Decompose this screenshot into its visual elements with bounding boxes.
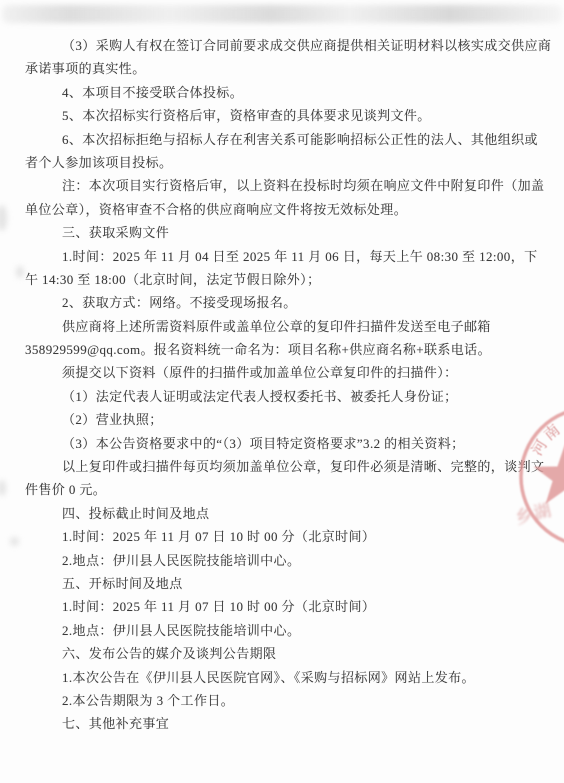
text-line: 注：本次项目实行资格后审，以上资料在投标时均须在响应文件中附复印件（加盖 [25, 174, 541, 197]
text-line: （3）采购人有权在签订合同前要求成交供应商提供相关证明材料以核实成交供应商 [25, 34, 541, 57]
text-line: 1.本次公告在《伊川县人民医院官网》、《采购与招标网》网站上发布。 [25, 666, 541, 689]
text-line: 2.地点：伊川县人民医院技能培训中心。 [25, 619, 541, 642]
text-line: 4、本项目不接受联合体投标。 [25, 81, 541, 104]
section-heading: 三、获取采购文件 [25, 221, 541, 244]
text-line: 须提交以下资料（原件的扫描件或加盖单位公章复印件的扫描件）： [25, 361, 541, 384]
text-line: 1.时间：2025 年 11 月 04 日至 2025 年 11 月 06 日，… [25, 245, 541, 268]
text-line: 者个人参加该项目投标。 [25, 151, 541, 174]
scan-artifact-left-smudge [10, 537, 19, 546]
text-line: 承诺事项的真实性。 [25, 57, 541, 80]
section-heading: 七、其他补充事宜 [25, 712, 541, 735]
text-line: 6、本次招标拒绝与招标人存在利害关系可能影响招标公正性的法人、其他组织或 [25, 128, 541, 151]
official-seal-stamp: 河南 乡湖 [505, 402, 564, 552]
scan-artifact-left-smudge [16, 266, 24, 278]
section-heading: 五、开标时间及地点 [25, 572, 541, 595]
text-line: （1）法定代表人证明或法定代表人授权委托书、被委托人身份证； [25, 385, 541, 408]
text-line: 2.本公告期限为 3 个工作日。 [25, 689, 541, 712]
text-line: 以上复印件或扫描件每页均须加盖单位公章，复印件必须是清晰、完整的，谈判文 [25, 455, 541, 478]
text-line: 供应商将上述所需资料原件或盖单位公章的复印件扫描件发送至电子邮箱 [25, 315, 541, 338]
text-line: 2、获取方式：网络。不接受现场报名。 [25, 291, 541, 314]
seal-illegible-glyphs: 乡湖 [513, 500, 554, 528]
section-heading: 六、发布公告的媒介及谈判公告期限 [25, 642, 541, 665]
text-line: 358929599@qq.com。报名资料统一命名为：项目名称+供应商名称+联系… [25, 338, 541, 361]
text-line: 1.时间：2025 年 11 月 07 日 10 时 00 分（北京时间） [25, 595, 541, 618]
text-line: 1.时间：2025 年 11 月 07 日 10 时 00 分（北京时间） [25, 525, 541, 548]
document-lines: （3）采购人有权在签订合同前要求成交供应商提供相关证明材料以核实成交供应商承诺事… [25, 34, 541, 736]
text-line: 午 14:30 至 18:00（北京时间，法定节假日除外）； [25, 268, 541, 291]
scan-artifact-left-smudge [0, 205, 7, 231]
scan-artifact-left-smudge [0, 480, 6, 496]
text-line: 件售价 0 元。 [25, 478, 541, 501]
text-line: 2.地点：伊川县人民医院技能培训中心。 [25, 549, 541, 572]
section-heading: 四、投标截止时间及地点 [25, 502, 541, 525]
text-line: 5、本次招标实行资格后审，资格审查的具体要求见谈判文件。 [25, 104, 541, 127]
text-line: 单位公章），资格审查不合格的供应商响应文件将按无效标处理。 [25, 198, 541, 221]
scan-artifact-top-smudge [2, 5, 562, 23]
text-line: （2）营业执照； [25, 408, 541, 431]
text-line: （3）本公告资格要求中的“（3）项目特定资格要求”3.2 的相关资料； [25, 432, 541, 455]
scanned-document-page: （3）采购人有权在签订合同前要求成交供应商提供相关证明材料以核实成交供应商承诺事… [0, 0, 564, 783]
